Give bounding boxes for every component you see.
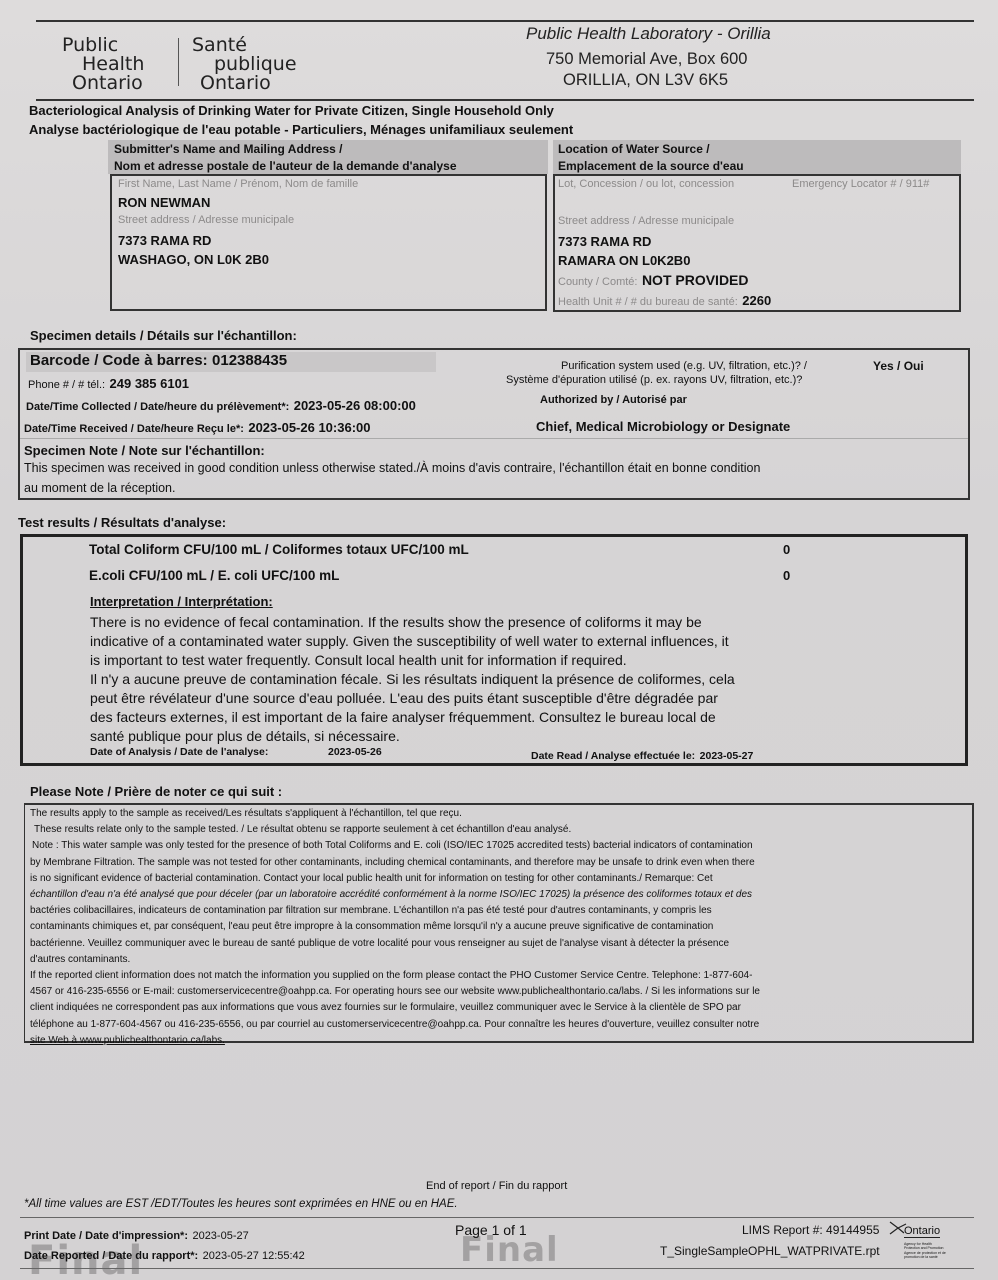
note-line: The results apply to the sample as recei…: [30, 806, 970, 822]
source-street: 7373 RAMA RD: [558, 234, 651, 249]
specimen-note-title: Specimen Note / Note sur l'échantillon:: [24, 443, 265, 458]
county-row: County / Comté: NOT PROVIDED: [558, 272, 749, 290]
purification-question-en: Purification system used (e.g. UV, filtr…: [561, 360, 807, 372]
note-line: client indiquées ne correspondent pas au…: [30, 1000, 970, 1016]
footer-rule-top: [20, 1217, 974, 1218]
date-analysis-label: Date of Analysis / Date de l'analyse:: [90, 746, 268, 758]
water-source-box: Lot, Concession / ou lot, concession Eme…: [553, 174, 961, 312]
emergency-locator-hint: Emergency Locator # / 911#: [792, 178, 929, 190]
results-box: Total Coliform CFU/100 mL / Coliformes t…: [20, 534, 968, 766]
print-date-row: Print Date / Date d'impression*: 2023-05…: [24, 1226, 249, 1244]
report-title-en: Bacteriological Analysis of Drinking Wat…: [29, 103, 554, 118]
submitter-box: First Name, Last Name / Prénom, Nom de f…: [110, 174, 547, 311]
received-value: 2023-05-26 10:36:00: [248, 420, 370, 435]
result-value-total-coliform: 0: [783, 542, 790, 557]
county-label: County / Comté:: [558, 276, 637, 288]
note-line: is no significant evidence of bacterial …: [30, 871, 970, 887]
agency-name-fr: Agence de protection et de promotion de …: [904, 1251, 948, 1259]
date-read-label: Date Read / Analyse effectuée le:: [531, 750, 695, 762]
note-line: téléphone au 1-877-604-4567 ou 416-235-6…: [30, 1017, 970, 1033]
date-reported-label: Date Reported / Date du rapport*:: [24, 1250, 198, 1262]
lab-report-page: Public Health Ontario Santé publique Ont…: [0, 0, 998, 1280]
barcode-bar: Barcode / Code à barres: 012388435: [26, 352, 436, 372]
lims-label: LIMS Report #:: [742, 1223, 823, 1237]
end-of-report: End of report / Fin du rapport: [426, 1180, 567, 1192]
health-unit-label: Health Unit # / # du bureau de santé:: [558, 296, 738, 308]
footer-rule-bottom: [20, 1268, 974, 1269]
note-line: bactéries colibacillaires, indicateurs d…: [30, 903, 970, 919]
submitter-street: 7373 RAMA RD: [118, 233, 211, 248]
submitter-header-bar: Submitter's Name and Mailing Address / N…: [108, 140, 548, 174]
result-value-ecoli: 0: [783, 568, 790, 583]
health-unit-value: 2260: [742, 293, 771, 308]
lims-row: LIMS Report #: 49144955: [742, 1223, 879, 1237]
received-label: Date/Time Received / Date/heure Reçu le*…: [24, 423, 244, 435]
interpretation-line: peut être révélateur d'une source d'eau …: [90, 689, 790, 708]
submitter-name: RON NEWMAN: [118, 195, 210, 210]
note-line: by Membrane Filtration. The sample was n…: [30, 855, 970, 871]
date-reported-value: 2023-05-27 12:55:42: [203, 1250, 305, 1262]
lab-address-line1: 750 Memorial Ave, Box 600: [546, 50, 747, 69]
phone-label: Phone # / # tél.:: [28, 379, 105, 391]
interpretation-line: indicative of a contaminated water suppl…: [90, 632, 790, 651]
logo-word: Ontario: [192, 74, 297, 93]
authorized-by: Chief, Medical Microbiology or Designate: [536, 419, 790, 434]
submitter-city: WASHAGO, ON L0K 2B0: [118, 252, 269, 267]
date-read-row: Date Read / Analyse effectuée le: 2023-0…: [531, 746, 753, 764]
please-note-box: The results apply to the sample as recei…: [24, 803, 974, 1043]
logo-word: Ontario: [62, 74, 144, 93]
please-note-text: The results apply to the sample as recei…: [30, 806, 970, 1049]
water-source-header-bar: Location of Water Source / Emplacement d…: [553, 140, 961, 174]
barcode-label: Barcode / Code à barres:: [26, 352, 208, 369]
note-line: If the reported client information does …: [30, 968, 970, 984]
interpretation-line: There is no evidence of fecal contaminat…: [90, 613, 790, 632]
collected-value: 2023-05-26 08:00:00: [294, 398, 416, 413]
page-number: Page 1 of 1: [455, 1222, 527, 1238]
purification-question-fr: Système d'épuration utilisé (p. ex. rayo…: [506, 374, 802, 386]
lot-hint: Lot, Concession / ou lot, concession: [558, 178, 734, 190]
specimen-note-line: au moment de la réception.: [24, 481, 175, 495]
health-unit-row: Health Unit # / # du bureau de santé: 22…: [558, 292, 771, 310]
source-city: RAMARA ON L0K2B0: [558, 253, 690, 268]
collected-row: Date/Time Collected / Date/heure du prél…: [26, 397, 416, 415]
specimen-section-title: Specimen details / Détails sur l'échanti…: [30, 328, 297, 343]
submitter-heading-en: Submitter's Name and Mailing Address /: [108, 140, 548, 158]
submitter-heading-fr: Nom et adresse postale de l'auteur de la…: [108, 158, 548, 174]
logo-divider: [178, 38, 179, 86]
street-hint: Street address / Adresse municipale: [558, 215, 734, 227]
report-title-fr: Analyse bactériologique de l'eau potable…: [29, 122, 573, 137]
date-analysis-value: 2023-05-26: [328, 746, 382, 758]
phone-row: Phone # / # tél.: 249 385 6101: [28, 375, 189, 393]
interpretation-line: santé publique pour plus de détails, si …: [90, 727, 790, 746]
barcode-value: 012388435: [212, 352, 287, 369]
street-hint: Street address / Adresse municipale: [118, 214, 294, 226]
note-line: site Web à www.publichealthontario.ca/la…: [30, 1033, 970, 1049]
authorized-label: Authorized by / Autorisé par: [540, 394, 687, 406]
specimen-box: Barcode / Code à barres: 012388435 Phone…: [18, 348, 970, 500]
ontario-logo: Ontario Agency for Health Protection and…: [888, 1220, 958, 1260]
note-line: d'autres contaminants.: [30, 952, 970, 968]
purification-answer: Yes / Oui: [873, 359, 924, 373]
note-line: contaminants chimiques et, par conséquen…: [30, 919, 970, 935]
collected-label: Date/Time Collected / Date/heure du prél…: [26, 401, 289, 413]
interpretation-line: Il n'y a aucune preuve de contamination …: [90, 670, 790, 689]
time-note: *All time values are EST /EDT/Toutes les…: [24, 1198, 458, 1210]
interpretation-line: is important to test water frequently. C…: [90, 651, 790, 670]
report-file-name: T_SingleSampleOPHL_WATPRIVATE.rpt: [660, 1244, 880, 1258]
top-rule: [36, 20, 974, 22]
phone-value: 249 385 6101: [110, 376, 190, 391]
lab-address-line2: ORILLIA, ON L3V 6K5: [563, 71, 728, 90]
ontario-wordmark: Ontario: [904, 1225, 940, 1238]
note-line: Note : This water sample was only tested…: [30, 838, 970, 854]
specimen-note-line: This specimen was received in good condi…: [24, 461, 760, 475]
logo-english: Public Health Ontario: [62, 36, 144, 93]
note-line: bactérienne. Veuillez communiquer avec l…: [30, 936, 970, 952]
received-row: Date/Time Received / Date/heure Reçu le*…: [24, 419, 371, 437]
logo-french: Santé publique Ontario: [192, 36, 297, 93]
lims-number: 49144955: [826, 1223, 879, 1237]
print-date-label: Print Date / Date d'impression*:: [24, 1230, 188, 1242]
note-line: échantillon d'eau n'a été analysé que po…: [30, 887, 970, 903]
result-label-total-coliform: Total Coliform CFU/100 mL / Coliformes t…: [89, 542, 469, 557]
interpretation-line: des facteurs externes, il est important …: [90, 708, 790, 727]
note-line: 4567 or 416-235-6556 or E-mail: customer…: [30, 984, 970, 1000]
print-date-value: 2023-05-27: [192, 1230, 248, 1242]
water-source-heading-fr: Emplacement de la source d'eau: [553, 158, 961, 174]
result-label-ecoli: E.coli CFU/100 mL / E. coli UFC/100 mL: [89, 568, 339, 583]
date-reported-row: Date Reported / Date du rapport*: 2023-0…: [24, 1246, 305, 1264]
date-read-value: 2023-05-27: [700, 750, 754, 762]
name-hint: First Name, Last Name / Prénom, Nom de f…: [118, 178, 358, 190]
header-rule: [36, 99, 974, 101]
specimen-divider: [20, 438, 968, 439]
water-source-heading-en: Location of Water Source /: [553, 140, 961, 158]
results-section-title: Test results / Résultats d'analyse:: [18, 515, 226, 530]
note-line: These results relate only to the sample …: [30, 822, 970, 838]
lab-name: Public Health Laboratory - Orillia: [526, 24, 771, 44]
please-note-title: Please Note / Prière de noter ce qui sui…: [30, 784, 282, 799]
interpretation-title: Interpretation / Interprétation:: [90, 594, 273, 609]
county-value: NOT PROVIDED: [642, 272, 749, 288]
interpretation-text: There is no evidence of fecal contaminat…: [90, 613, 790, 746]
agency-name-en: Agency for Health Protection and Promoti…: [904, 1242, 948, 1250]
